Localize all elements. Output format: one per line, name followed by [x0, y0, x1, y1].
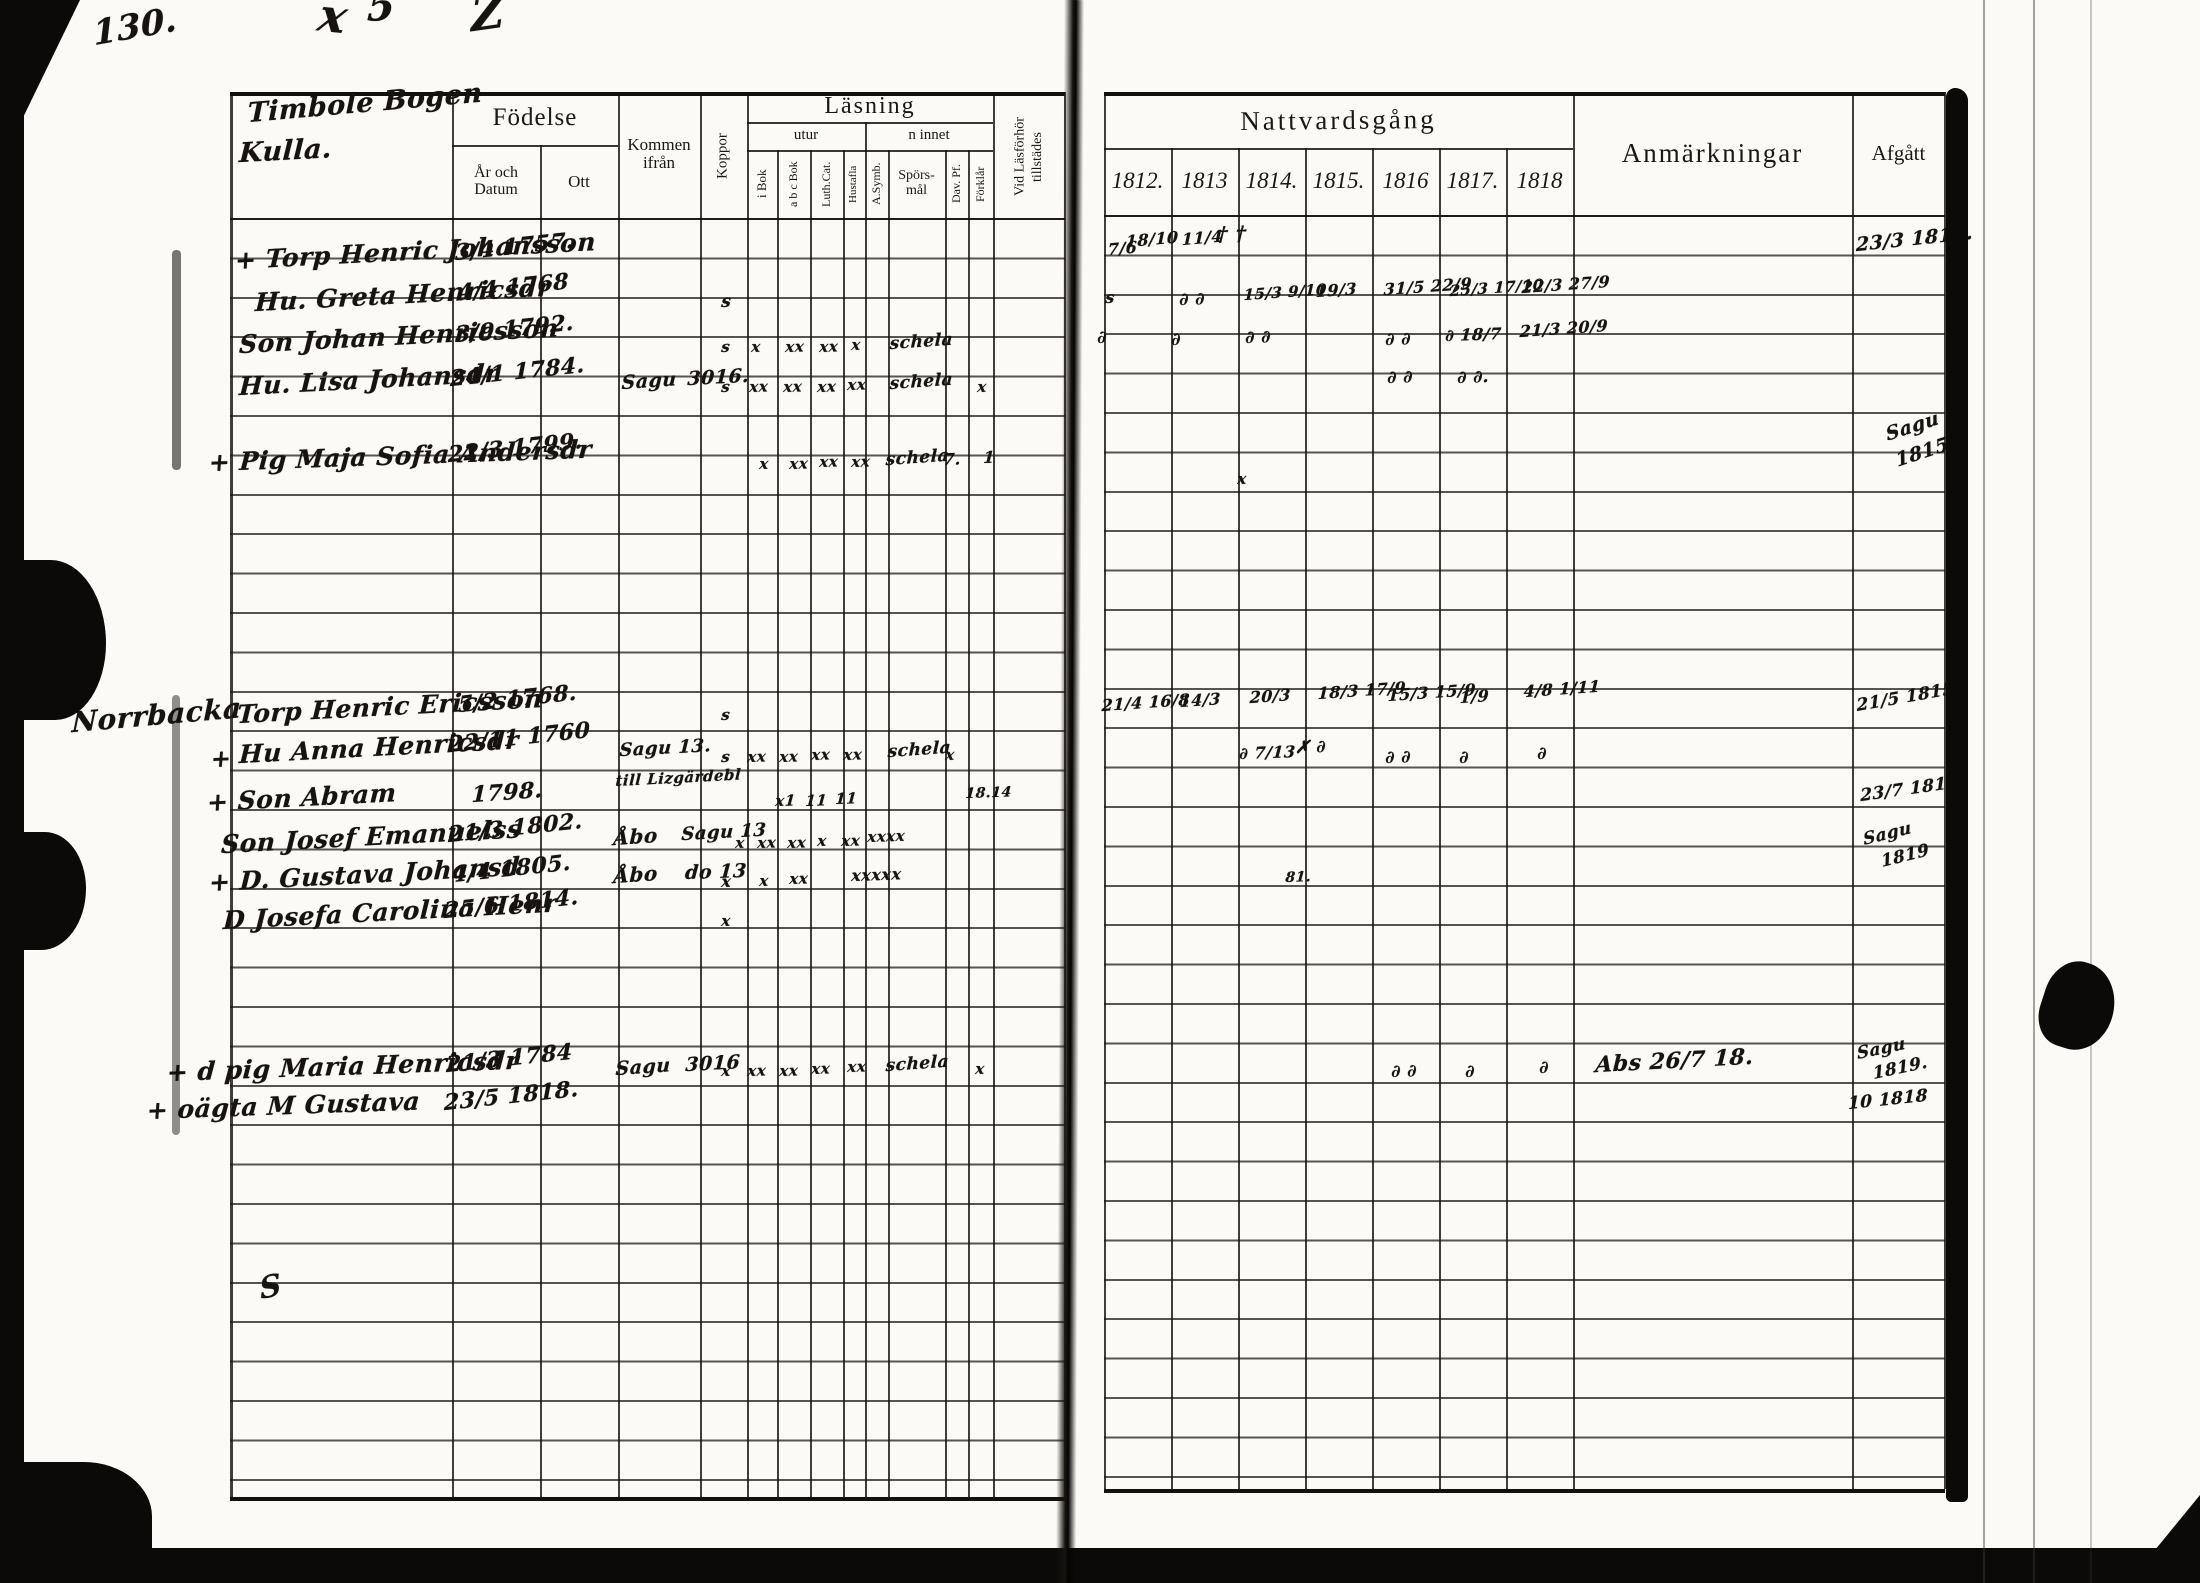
header-afgatt: Afgått	[1852, 92, 1945, 215]
handwritten-entry: ✗ ∂	[1295, 737, 1327, 758]
left-table-row-lines	[230, 218, 1065, 1499]
table-rule-vertical	[1506, 148, 1508, 1489]
handwritten-entry: x	[751, 338, 762, 356]
handwritten-entry: xx	[789, 454, 809, 473]
handwritten-entry: xx	[757, 833, 777, 852]
table-rule-horizontal	[230, 218, 1065, 220]
handwritten-entry: ∂	[1459, 748, 1470, 768]
handwritten-entry: xx	[779, 747, 799, 766]
table-rule-vertical	[1439, 148, 1441, 1489]
handwritten-entry: ∂ ∂	[1391, 1061, 1418, 1082]
handwritten-entry: xx	[811, 1059, 831, 1078]
handwritten-entry: S	[258, 1267, 283, 1307]
handwritten-entry: s	[721, 338, 731, 356]
handwritten-entry: 14/3	[1179, 689, 1221, 711]
handwritten-entry: 1798.	[471, 777, 543, 808]
handwritten-entry: ∂	[1539, 1058, 1550, 1078]
scan-artifact-crease-3	[2090, 0, 2092, 1583]
handwritten-entry: ∂	[1097, 328, 1108, 348]
handwritten-entry: ∂ 7/13	[1239, 742, 1297, 763]
handwritten-entry: xx	[747, 747, 767, 766]
handwritten-entry: 11	[835, 789, 858, 808]
handwritten-entry: xx	[847, 375, 867, 394]
table-rule-horizontal	[1104, 215, 1945, 217]
handwritten-entry: x	[721, 872, 732, 891]
table-rule-vertical	[1573, 92, 1575, 1489]
handwritten-entry: s	[721, 292, 732, 312]
header-anmarkningar: Anmärkningar	[1573, 92, 1852, 215]
right-table-row-lines	[1104, 215, 1945, 1489]
handwritten-entry: 1/9	[1459, 686, 1489, 707]
table-rule-horizontal	[747, 150, 993, 152]
handwritten-entry: +	[210, 743, 233, 773]
handwritten-entry: s	[721, 706, 731, 724]
handwritten-entry: Sagu	[615, 1054, 671, 1080]
handwritten-entry: x	[314, 0, 353, 44]
handwritten-entry: x	[735, 834, 746, 852]
handwritten-entry: do 13	[684, 860, 747, 884]
header-col-a-symb: A.Symb.	[865, 152, 888, 216]
handwritten-entry: xx	[785, 337, 805, 356]
handwritten-entry: xx	[779, 1061, 799, 1080]
handwritten-entry: 7.	[943, 449, 962, 469]
table-rule-vertical	[618, 92, 620, 1497]
header-utur: utur	[747, 122, 865, 150]
header-ort: Ott	[540, 148, 618, 216]
table-rule-horizontal	[747, 122, 993, 124]
header-ar-och-datum: År ochDatum	[452, 148, 540, 216]
handwritten-entry: ∂ ∂	[1385, 329, 1412, 350]
scan-artifact-right-page-edge	[1946, 88, 1968, 1502]
handwritten-entry: ∂ ∂.	[1457, 367, 1490, 388]
handwritten-entry: xx	[847, 1057, 867, 1076]
scan-artifact-bottomright-wedge	[2128, 1495, 2200, 1583]
handwritten-entry: 18.14	[965, 784, 1012, 802]
handwritten-entry: xx	[819, 452, 839, 471]
table-rule-horizontal	[1104, 1489, 1945, 1493]
scan-artifact-right-blob	[2030, 953, 2126, 1059]
header-nattvardsgang: Nattvardsgång	[1104, 90, 1574, 151]
table-rule-vertical	[1852, 92, 1854, 1489]
header-year-1813: 1813	[1171, 148, 1238, 215]
handwritten-entry: ∂	[1465, 1062, 1476, 1082]
table-rule-vertical	[777, 150, 779, 1497]
handwritten-entry: 81.	[1285, 869, 1312, 886]
handwritten-entry: x1	[775, 791, 797, 810]
header-col-sporsmal: Spörs-mål	[888, 152, 945, 216]
handwritten-entry: xx	[819, 337, 839, 356]
handwritten-entry: 3016	[685, 1051, 741, 1076]
table-rule-vertical	[1305, 148, 1307, 1489]
header-year-1816: 1816	[1372, 148, 1439, 215]
handwritten-entry: Z	[470, 0, 506, 42]
handwritten-entry: xx	[817, 377, 837, 396]
table-rule-vertical	[843, 150, 845, 1497]
handwritten-entry: 5	[366, 0, 396, 31]
table-rule-vertical	[865, 122, 867, 1497]
handwritten-entry: s	[721, 378, 731, 396]
handwritten-entry: ∂	[1537, 744, 1548, 764]
handwritten-entry: ∂ ∂	[1387, 367, 1414, 388]
header-year-1817: 1817.	[1439, 148, 1506, 215]
handwritten-entry: 1	[983, 448, 996, 467]
table-rule-vertical	[1372, 148, 1374, 1489]
handwritten-entry: 130.	[92, 0, 178, 54]
handwritten-entry: xx	[811, 745, 831, 764]
handwritten-entry: Sagu	[621, 368, 677, 394]
handwritten-entry: xx	[843, 745, 863, 764]
table-rule-horizontal	[1104, 92, 1945, 96]
handwritten-entry: x	[759, 455, 770, 473]
handwritten-entry: 19/3	[1315, 279, 1357, 301]
handwritten-entry: xx	[841, 831, 861, 850]
header-year-1814: 1814.	[1238, 148, 1305, 215]
header-year-1812: 1812.	[1104, 148, 1171, 215]
header-col-dav-pf: Dav. Pf.	[945, 152, 968, 216]
handwritten-entry: x	[817, 832, 828, 850]
handwritten-entry: Kulla.	[238, 133, 332, 169]
scan-artifact-left-blob-1	[0, 560, 106, 720]
handwritten-entry: xx	[747, 1061, 767, 1080]
handwritten-entry: ∂	[1171, 330, 1182, 350]
table-rule-vertical	[1238, 148, 1240, 1489]
handwritten-entry: s	[1105, 288, 1116, 307]
handwritten-entry: Åbo	[613, 823, 658, 850]
table-rule-horizontal	[452, 145, 618, 147]
handwritten-entry: x	[1237, 470, 1248, 488]
handwritten-entry: x	[977, 378, 988, 396]
header-col-i-bok: i Bok	[747, 152, 777, 216]
table-rule-vertical	[945, 150, 947, 1497]
header-col-forklar: Förklår	[968, 152, 993, 216]
scan-artifact-crease-1	[1983, 0, 1985, 1583]
handwritten-entry: 20/3	[1249, 685, 1291, 707]
handwritten-entry: x	[759, 872, 770, 890]
handwritten-entry: Timbole Bogen	[247, 77, 482, 129]
handwritten-entry: Åbo	[613, 861, 658, 888]
header-year-1815: 1815.	[1305, 148, 1372, 215]
handwritten-entry: 3016.	[687, 365, 750, 390]
handwritten-entry: xx	[749, 377, 769, 396]
scan-artifact-left-blob-2	[0, 832, 86, 950]
handwritten-entry: xx	[789, 869, 809, 888]
table-rule-horizontal	[1104, 148, 1573, 150]
header-year-1818: 1818	[1506, 148, 1573, 215]
header-lasning: Läsning	[747, 92, 993, 122]
handwritten-entry: x	[975, 1060, 986, 1078]
handwritten-entry: xxxx	[867, 827, 906, 846]
table-rule-vertical	[968, 150, 970, 1497]
table-rule-vertical	[700, 92, 702, 1497]
table-rule-vertical	[747, 92, 749, 1497]
handwritten-entry: ∂ ∂	[1179, 289, 1206, 310]
handwritten-entry: xx	[851, 452, 871, 471]
scan-artifact-left-edge-bar	[0, 0, 24, 1583]
scan-artifact-bottom-band	[0, 1548, 2200, 1583]
header-col-hustafla: Hustafla	[843, 152, 865, 216]
handwritten-entry: ∂ 18/7	[1445, 324, 1503, 345]
handwritten-entry: ∂ ∂	[1385, 747, 1412, 768]
header-innantill: n innet	[865, 122, 993, 150]
handwritten-entry: 11	[805, 791, 828, 810]
handwritten-entry: Norrbacka	[71, 691, 242, 739]
table-rule-vertical	[810, 150, 812, 1497]
table-rule-horizontal	[230, 1497, 1065, 1501]
handwritten-entry: s	[721, 748, 731, 766]
scan-artifact-topleft-wedge	[0, 0, 80, 165]
header-col-luth-cat: Luth.Cat.	[810, 152, 843, 216]
header-vid-lasforhor: Vid Läsförhör tillstädes	[993, 96, 1065, 218]
handwritten-entry: ∂ ∂	[1245, 327, 1272, 348]
scan-artifact-margin-smear-1	[172, 250, 181, 470]
handwritten-entry: † †	[1216, 221, 1247, 246]
handwritten-entry: x	[721, 1062, 732, 1080]
handwritten-entry: x	[945, 746, 956, 764]
handwritten-entry: x	[721, 912, 732, 930]
handwritten-entry: xxxxx	[851, 864, 903, 885]
header-kommen-ifran: Kommenifrån	[618, 92, 700, 216]
scan-artifact-crease-2	[2033, 0, 2035, 1583]
scan-artifact-margin-smear-2	[172, 695, 180, 1135]
scanned-register-spread: Födelse År ochDatum Ott Kommenifrån Kopp…	[0, 0, 2200, 1583]
header-koppor: Koppor	[700, 96, 747, 216]
handwritten-entry: x	[851, 336, 862, 354]
handwritten-entry: xx	[787, 833, 807, 852]
header-col-abc-bok: a b c Bok	[777, 152, 810, 216]
handwritten-entry: xx	[783, 377, 803, 396]
